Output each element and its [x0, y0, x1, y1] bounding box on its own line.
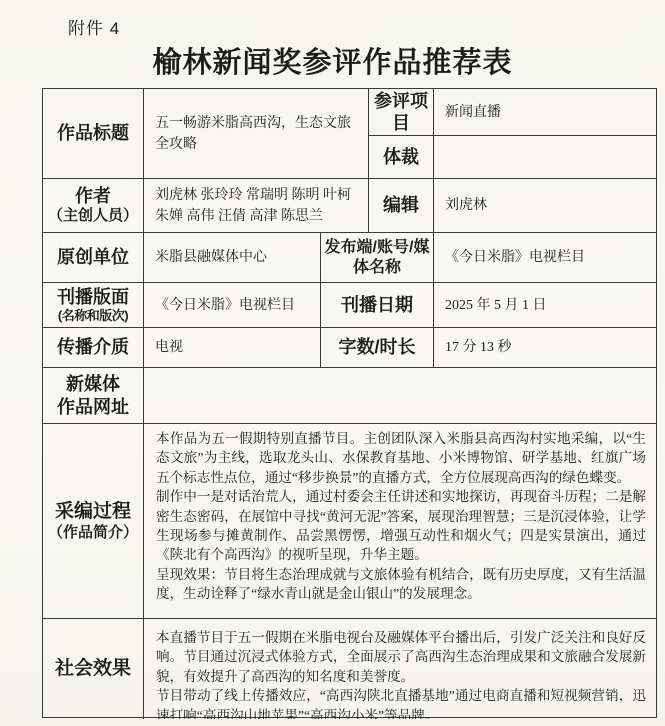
subrow-entry-category: 参评项目 新闻直播 — [369, 89, 656, 136]
original-unit-value: 米脂县融媒体中心 — [144, 233, 321, 282]
entry-category-value: 新闻直播 — [434, 89, 656, 135]
medium-label: 传播介质 — [43, 328, 144, 367]
production-text: 本作品为五一假期特别直播节目。主创团队深入米脂县高西沟村实地采编，以“生态文旅”… — [144, 424, 656, 618]
entry-genre-subcolumn: 参评项目 新闻直播 体裁 — [369, 89, 656, 178]
authors-sublabel: （主创人员） — [48, 207, 138, 226]
row-production-process: 采编过程 （作品简介） 本作品为五一假期特别直播节目。主创团队深入米脂县高西沟村… — [43, 424, 656, 619]
publish-platform-label: 发布端/账号/媒体名称 — [321, 233, 434, 282]
editor-label: 编辑 — [369, 179, 434, 232]
row-medium: 传播介质 电视 字数/时长 17 分 13 秒 — [43, 328, 656, 368]
production-paragraph: 呈现效果：节目将生态治理成就与文旅体验有机结合，既有历史厚度，又有生活温度，生动… — [156, 565, 646, 604]
word-count-label: 字数/时长 — [321, 328, 434, 367]
original-unit-label: 原创单位 — [43, 233, 144, 282]
row-authors: 作者 （主创人员） 刘虎林 张玲玲 常瑞明 陈明 叶柯 朱婵 高伟 汪倩 高津 … — [43, 179, 656, 233]
publish-section-sublabel: (名称和版次) — [58, 308, 128, 324]
production-label: 采编过程 （作品简介） — [43, 424, 144, 618]
production-sublabel: （作品简介） — [48, 524, 138, 543]
medium-value: 电视 — [144, 328, 321, 367]
authors-label: 作者 （主创人员） — [43, 179, 144, 232]
new-media-url-value — [144, 368, 656, 423]
row-original-unit: 原创单位 米脂县融媒体中心 发布端/账号/媒体名称 《今日米脂》电视栏目 — [43, 233, 656, 283]
genre-label: 体裁 — [369, 136, 434, 178]
page-title: 榆林新闻奖参评作品推荐表 — [0, 40, 665, 81]
word-count-value: 17 分 13 秒 — [434, 328, 656, 367]
row-social-effect: 社会效果 本直播节目于五一假期在米脂电视台及融媒体平台播出后，引发广泛关注和良好… — [43, 619, 656, 719]
work-title-label: 作品标题 — [43, 89, 144, 178]
editor-value: 刘虎林 — [434, 179, 656, 232]
work-title-value: 五一畅游米脂高西沟，生态文旅全攻略 — [144, 89, 369, 178]
scanned-form-page: 附件 4 榆林新闻奖参评作品推荐表 作品标题 五一畅游米脂高西沟，生态文旅全攻略… — [0, 0, 665, 726]
social-effect-paragraph: 本直播节目于五一假期在米脂电视台及融媒体平台播出后，引发广泛关注和良好反响。节目… — [156, 628, 646, 686]
genre-value — [434, 136, 656, 178]
row-new-media-url: 新媒体 作品网址 — [43, 368, 656, 424]
row-publish-section: 刊播版面 (名称和版次) 《今日米脂》电视栏目 刊播日期 2025 年 5 月 … — [43, 283, 656, 328]
row-work-title: 作品标题 五一畅游米脂高西沟，生态文旅全攻略 参评项目 新闻直播 体裁 — [43, 89, 656, 179]
authors-value: 刘虎林 张玲玲 常瑞明 陈明 叶柯 朱婵 高伟 汪倩 高津 陈思兰 — [144, 179, 369, 232]
production-paragraph: 本作品为五一假期特别直播节目。主创团队深入米脂县高西沟村实地采编，以“生态文旅”… — [156, 429, 646, 487]
attachment-label: 附件 4 — [68, 14, 120, 39]
social-effect-paragraph: 节目带动了线上传播效应，“高西沟陕北直播基地”通过电商直播和短视频营销，迅速打响… — [156, 686, 646, 719]
publish-platform-value: 《今日米脂》电视栏目 — [434, 233, 656, 282]
new-media-url-label: 新媒体 作品网址 — [43, 368, 144, 423]
publish-date-label: 刊播日期 — [321, 283, 434, 327]
production-paragraph: 制作中一是对话治荒人，通过村委会主任讲述和实地探访，再现奋斗历程；二是解密生态密… — [156, 487, 646, 565]
entry-category-label: 参评项目 — [369, 89, 434, 135]
publish-section-label: 刊播版面 (名称和版次) — [43, 283, 144, 327]
publish-date-value: 2025 年 5 月 1 日 — [434, 283, 656, 327]
recommendation-form-table: 作品标题 五一畅游米脂高西沟，生态文旅全攻略 参评项目 新闻直播 体裁 作者 （… — [42, 88, 657, 718]
subrow-genre: 体裁 — [369, 136, 656, 178]
publish-section-value: 《今日米脂》电视栏目 — [144, 283, 321, 327]
social-effect-text: 本直播节目于五一假期在米脂电视台及融媒体平台播出后，引发广泛关注和良好反响。节目… — [144, 619, 656, 719]
social-effect-label: 社会效果 — [43, 619, 144, 719]
